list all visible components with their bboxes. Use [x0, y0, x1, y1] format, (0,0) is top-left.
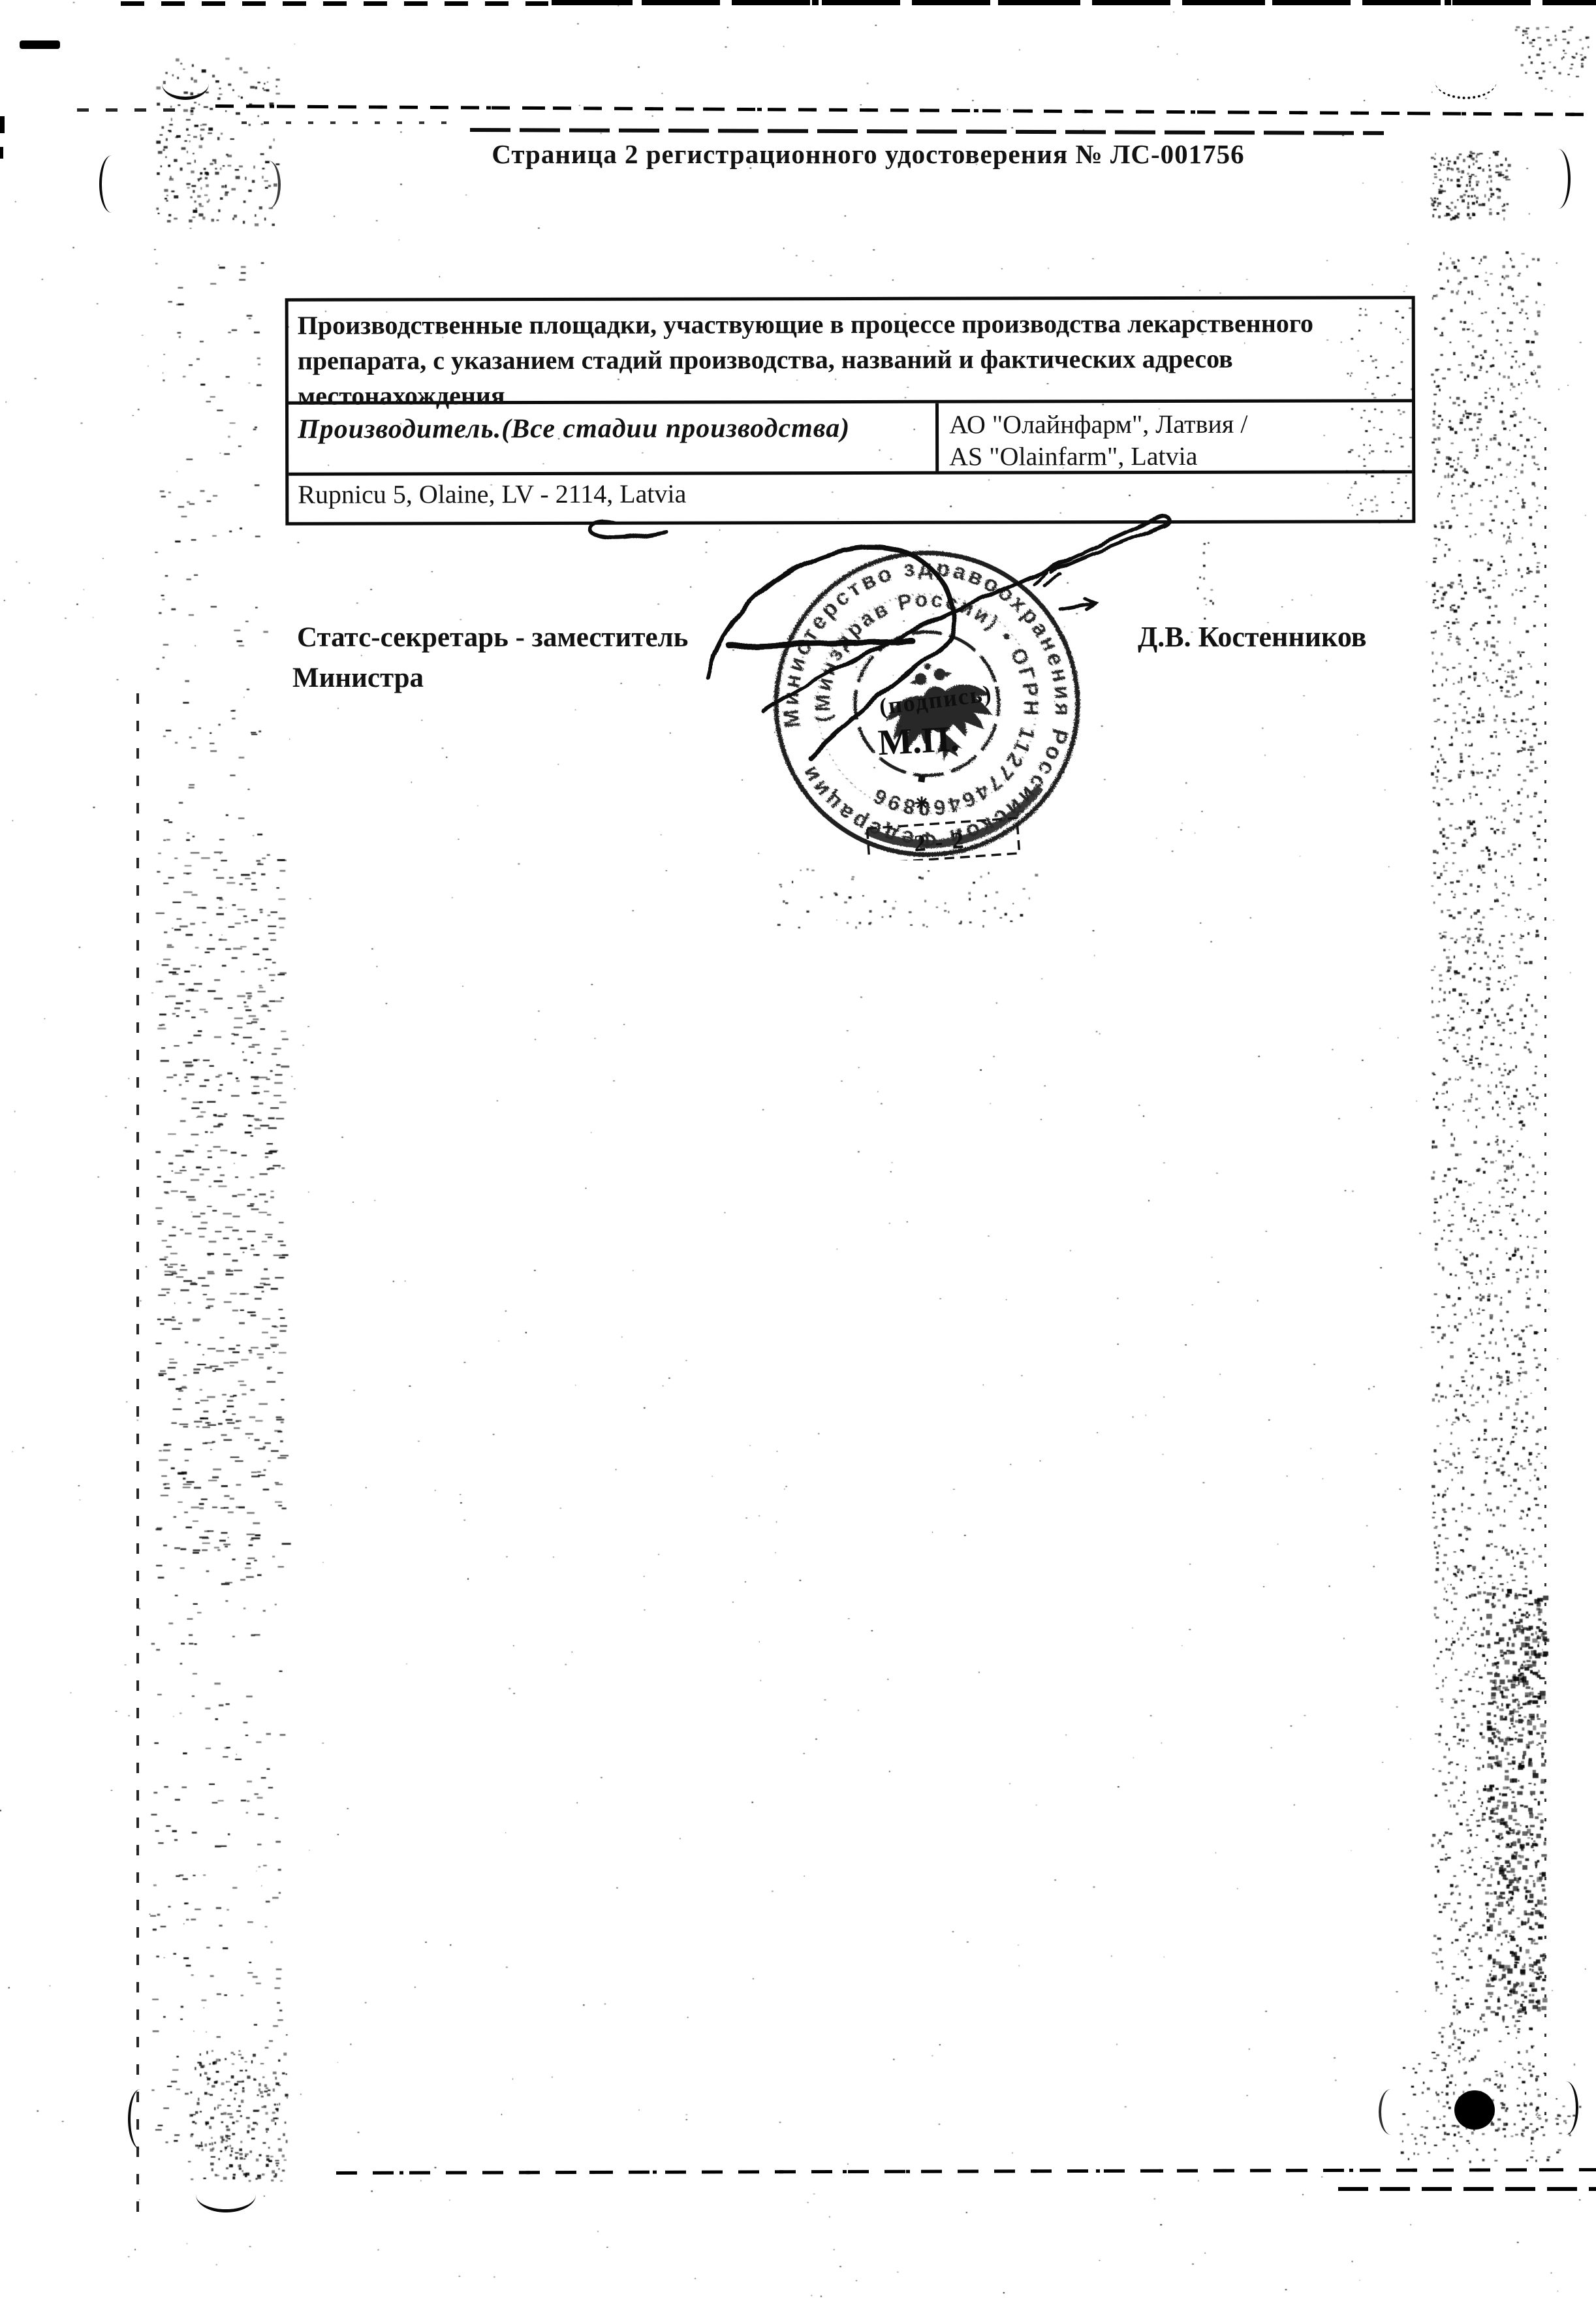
producer-value-en: AS "Olainfarm", Latvia [949, 439, 1406, 472]
scan-artifact-paren-mark [128, 2089, 153, 2149]
table-header-line: Производственные площадки, участвующие в… [298, 306, 1404, 343]
handwritten-signature [574, 496, 1319, 803]
scan-artifact-top-edge [121, 1, 548, 6]
scan-artifact-top-edge [552, 0, 1596, 5]
producer-label-cell: Производитель.(Все стадии производства) [298, 413, 850, 445]
scan-artifact-bottom-line [1338, 2187, 1596, 2191]
table-column-divider [935, 403, 939, 471]
scan-artifact-ink-dot [1454, 2090, 1495, 2130]
signature-strokes [589, 517, 1170, 757]
scan-artifact-perforation-line [470, 128, 1384, 135]
scan-artifact-arc-mark [1435, 81, 1497, 99]
scan-artifact-dash-mark [20, 40, 60, 49]
table-header-line: препарата, с указанием стадий производст… [298, 341, 1404, 379]
table-header-cell: Производственные площадки, участвующие в… [298, 306, 1404, 414]
producer-value-cell: АО "Олайнфарм", Латвия / AS "Olainfarm",… [949, 407, 1406, 472]
scan-artifact-right-margin-line [1544, 428, 1546, 2132]
scan-artifact-paren-mark [1554, 2081, 1578, 2135]
scan-artifact-perforation-line [242, 121, 457, 124]
page-title: Страница 2 регистрационного удостоверени… [457, 138, 1279, 170]
scan-artifact-paren-mark [99, 155, 124, 213]
producer-value-ru: АО "Олайнфарм", Латвия / [949, 407, 1406, 440]
scan-artifact-paren-mark [1546, 149, 1571, 209]
scan-artifact-edge-mark [0, 147, 3, 159]
scan-artifact-paren-mark [256, 161, 281, 209]
scan-artifact-bottom-line [336, 2168, 1596, 2175]
stamp-bottom-code: 2-2 [913, 826, 974, 857]
scanned-certificate-page: Страница 2 регистрационного удостоверени… [0, 0, 1596, 2298]
production-sites-table: Производственные площадки, участвующие в… [285, 296, 1416, 526]
scan-artifact-left-margin-line [136, 693, 139, 2227]
scan-artifact-paren-mark [1379, 2089, 1403, 2135]
scan-artifact-edge-mark [0, 116, 5, 133]
scan-artifact-arc-mark [162, 84, 209, 100]
scan-artifact-perforation-line [215, 104, 1593, 116]
signer-post-line2: Министра [292, 662, 424, 694]
scan-artifact-perforation-line [77, 108, 181, 112]
scan-artifact-arc-mark [196, 2195, 256, 2212]
